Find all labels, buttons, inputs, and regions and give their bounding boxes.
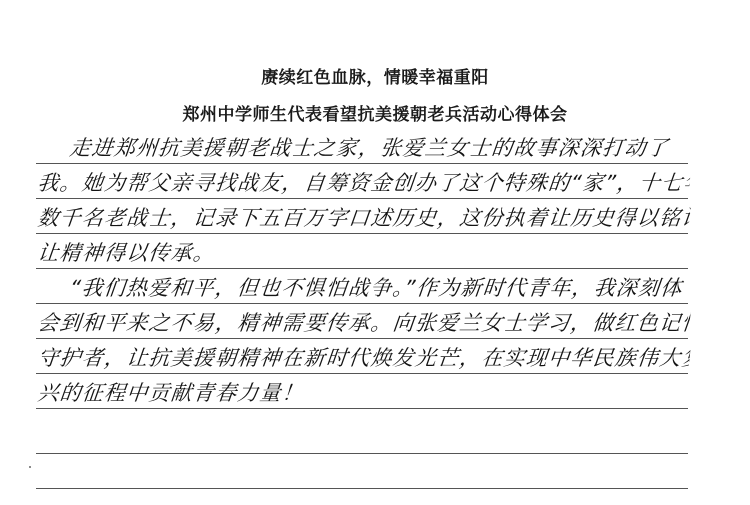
handwritten-line-3: 数千名老战士，记录下五百万字口述历史，这份执着让历史得以铭记， (36, 203, 691, 233)
ruled-line (36, 373, 688, 374)
ruled-line (36, 163, 688, 164)
ruled-line (36, 488, 688, 489)
handwritten-line-8: 兴的征程中贡献青春力量！ (36, 378, 691, 408)
handwritten-line-5: “我们热爱和平，但也不惧怕战争。”作为新时代青年，我深刻体 (36, 273, 723, 303)
document-title: 赓续红色血脉，情暖幸福重阳 (0, 63, 750, 88)
handwritten-line-6: 会到和平来之不易，精神需要传承。向张爱兰女士学习，做红色记忆的 (36, 308, 691, 338)
handwritten-line-4: 让精神得以传承。 (36, 238, 691, 268)
ruled-line (36, 233, 688, 234)
handwritten-line-2: 我。她为帮父亲寻找战友，自筹资金创办了这个特殊的“家”，十七年来走访 (36, 168, 691, 198)
handwritten-line-7: 守护者，让抗美援朝精神在新时代焕发光芒，在实现中华民族伟大复 (36, 343, 691, 373)
ruled-line (36, 338, 688, 339)
document-subtitle: 郑州中学师生代表看望抗美援朝老兵活动心得体会 (0, 100, 750, 125)
ruled-line (36, 198, 688, 199)
ruled-line (36, 453, 688, 454)
ruled-line (36, 408, 688, 409)
paper-speck (29, 466, 31, 468)
handwritten-line-1: 走进郑州抗美援朝老战士之家，张爱兰女士的故事深深打动了 (36, 133, 723, 163)
ruled-line (36, 303, 688, 304)
ruled-line (36, 268, 688, 269)
